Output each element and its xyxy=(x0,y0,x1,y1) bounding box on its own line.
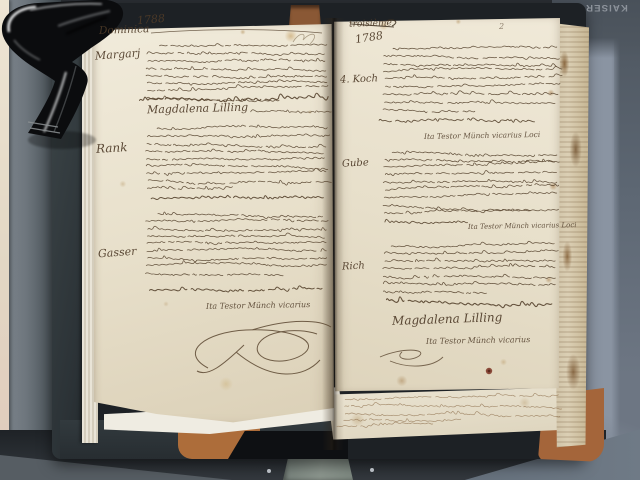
margin-note-koch: 4. Koch xyxy=(340,73,378,85)
margin-note-gube: Gube xyxy=(342,157,369,169)
spine-head-leather xyxy=(289,5,321,26)
scanned-register-photo: 1788 Dominica Margarj Rank Gasser Magdal… xyxy=(0,0,640,480)
page-number: 2 xyxy=(499,22,504,31)
left-page-heading: Dominica xyxy=(99,23,150,37)
left-page xyxy=(94,24,334,424)
attestation-left: Ita Testor Münch vicarius xyxy=(206,300,310,311)
right-page-heading: troisième xyxy=(349,18,392,29)
margin-note-rank: Rank xyxy=(96,140,128,156)
margin-note-rich: Rich xyxy=(342,260,365,272)
name-line-left: Magdalena Lilling xyxy=(147,101,248,117)
kaiser-brand-logo: KAISER xyxy=(585,2,628,13)
margin-note-gasser: Gasser xyxy=(98,245,137,261)
attestation-bottom: Ita Testor Münch vicarius xyxy=(426,335,530,346)
table-strip xyxy=(0,0,9,480)
